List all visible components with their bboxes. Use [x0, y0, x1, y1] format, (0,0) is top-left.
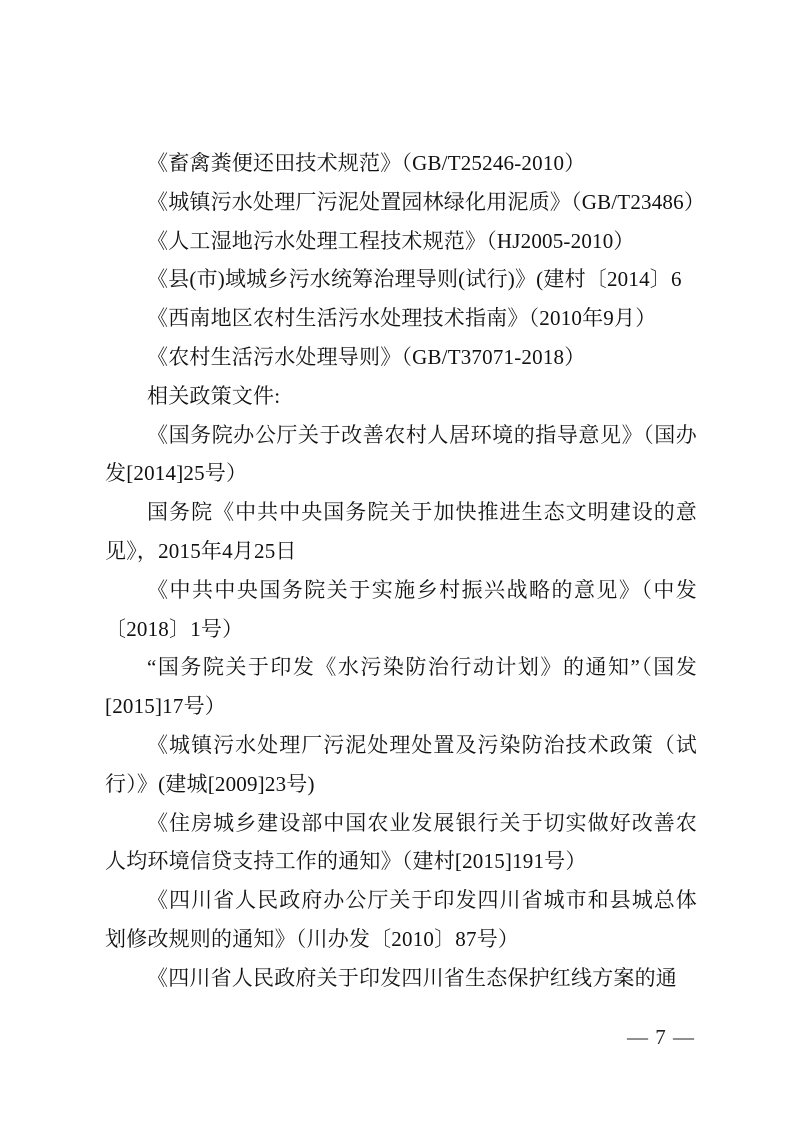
document-line: 相关政策文件:	[105, 377, 697, 416]
document-line: 《城镇污水处理厂污泥处置园林绿化用泥质》（GB/T23486）	[105, 183, 697, 222]
document-line: 《国务院办公厅关于改善农村人居环境的指导意见》（国办	[105, 416, 697, 455]
document-line: “国务院关于印发《水污染防治行动计划》的通知”（国发	[105, 648, 697, 687]
document-line: 见》，2015年4月25日	[105, 532, 697, 571]
document-body: 《畜禽粪便还田技术规范》（GB/T25246-2010） 《城镇污水处理厂污泥处…	[105, 144, 697, 998]
document-line: 划修改规则的通知》（川办发〔2010〕87号）	[105, 920, 697, 959]
document-line: 国务院《中共中央国务院关于加快推进生态文明建设的意	[105, 493, 697, 532]
page-number: — 7 —	[627, 1022, 695, 1052]
document-line: 《四川省人民政府办公厅关于印发四川省城市和县城总体规	[105, 881, 697, 920]
document-line: 《人工湿地污水处理工程技术规范》（HJ2005-2010）	[105, 222, 697, 261]
document-line: 《四川省人民政府关于印发四川省生态保护红线方案的通知》	[105, 959, 697, 998]
document-line: 《城镇污水处理厂污泥处理处置及污染防治技术政策（试	[105, 726, 697, 765]
document-line: 行）》(建城[2009]23号)	[105, 765, 697, 804]
document-line: 《畜禽粪便还田技术规范》（GB/T25246-2010）	[105, 144, 697, 183]
document-page: 《畜禽粪便还田技术规范》（GB/T25246-2010） 《城镇污水处理厂污泥处…	[0, 0, 793, 1122]
document-line: 《县(市)域城乡污水统筹治理导则(试行)》(建村〔2014〕6号)	[105, 260, 697, 299]
document-line: 《中共中央国务院关于实施乡村振兴战略的意见》（中发	[105, 571, 697, 610]
document-line: 人均环境信贷支持工作的通知》（建村[2015]191号）	[105, 842, 697, 881]
document-line: 《住房城乡建设部中国农业发展银行关于切实做好改善农村	[105, 804, 697, 843]
document-line: 《西南地区农村生活污水处理技术指南》（2010年9月）	[105, 299, 697, 338]
document-line: 〔2018〕1号）	[105, 610, 697, 649]
document-line: 《农村生活污水处理导则》（GB/T37071-2018）	[105, 338, 697, 377]
document-line: 发[2014]25号）	[105, 454, 697, 493]
document-line: [2015]17号）	[105, 687, 697, 726]
